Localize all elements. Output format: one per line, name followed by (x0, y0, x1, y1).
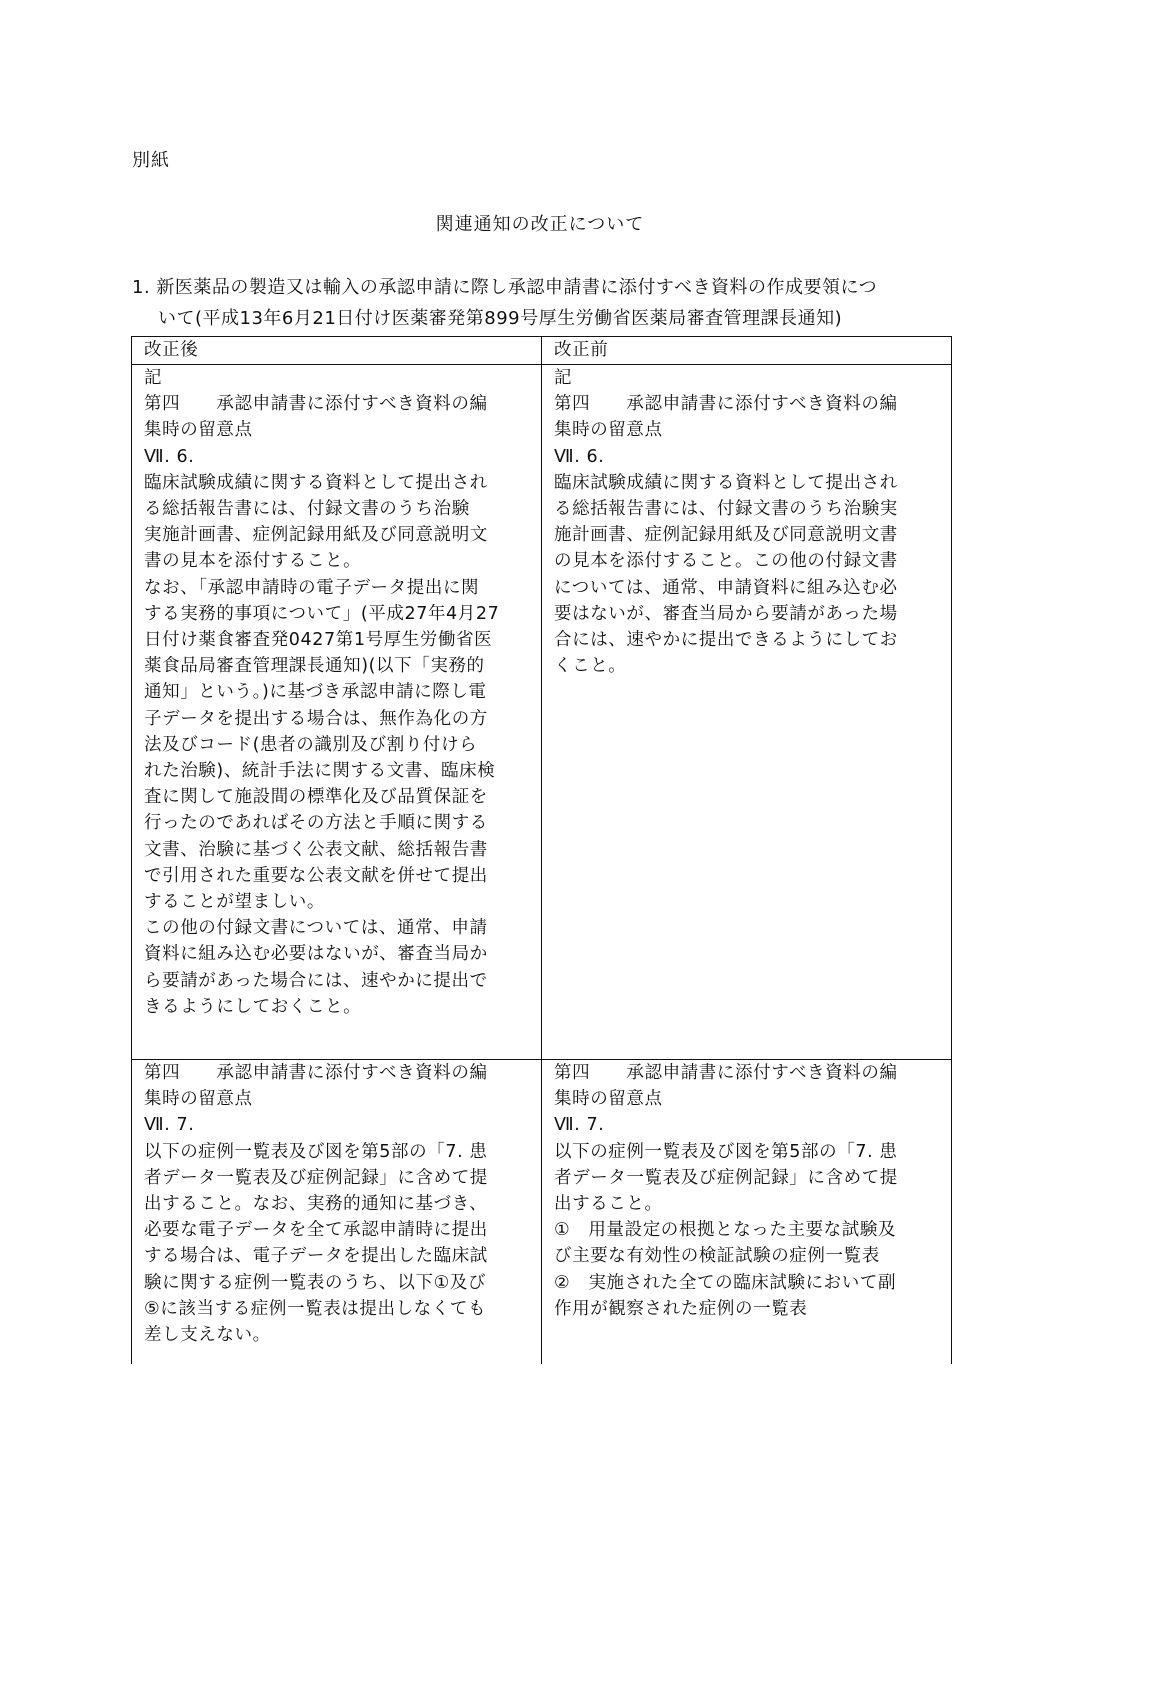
cell-text-line: することが望ましい。 (144, 889, 531, 915)
cell-before: 第四 承認申請書に添付すべき資料の編集時の留意点Ⅶ. 7.以下の症例一覧表及び図… (542, 1060, 952, 1365)
cell-text-line: 記 (554, 365, 941, 391)
cell-text-line: 以下の症例一覧表及び図を第5部の「7. 患 (144, 1139, 531, 1165)
cell-text-line: 文書、治験に基づく公表文献、総括報告書 (144, 837, 531, 863)
cell-after: 第四 承認申請書に添付すべき資料の編集時の留意点Ⅶ. 7.以下の症例一覧表及び図… (132, 1060, 542, 1365)
cell-text-line: ら要請があった場合には、速やかに提出で (144, 968, 531, 994)
section-heading-line: いて(平成13年6月21日付け医薬審発第899号厚生労働省医薬局審査管理課長通知… (132, 303, 962, 334)
cell-text-line: の見本を添付すること。この他の付録文書 (554, 548, 941, 574)
cell-text-line: については、通常、申請資料に組み込む必 (554, 575, 941, 601)
cell-text-line: で引用された重要な公表文献を併せて提出 (144, 863, 531, 889)
cell-text-line: Ⅶ. 7. (144, 1112, 531, 1138)
comparison-table: 改正後 改正前 記第四 承認申請書に添付すべき資料の編集時の留意点Ⅶ. 6.臨床… (131, 336, 952, 1364)
cell-text-line: 実施計画書、症例記録用紙及び同意説明文 (144, 522, 531, 548)
cell-before: 記第四 承認申請書に添付すべき資料の編集時の留意点Ⅶ. 6.臨床試験成績に関する… (542, 365, 952, 1060)
section-heading-line: 1. 新医薬品の製造又は輸入の承認申請に際し承認申請書に添付すべき資料の作成要領… (132, 272, 962, 303)
cell-text-line: 集時の留意点 (144, 417, 531, 443)
section-heading: 1. 新医薬品の製造又は輸入の承認申請に際し承認申請書に添付すべき資料の作成要領… (132, 272, 962, 334)
cell-text-line: 法及びコード(患者の識別及び割り付けら (144, 732, 531, 758)
cell-text-line: 差し支えない。 (144, 1322, 531, 1348)
appendix-label: 別紙 (132, 146, 170, 172)
cell-text-line: なお、「承認申請時の電子データ提出に関 (144, 575, 531, 601)
cell-text-line: 集時の留意点 (554, 1086, 941, 1112)
cell-text-line: Ⅶ. 6. (554, 444, 941, 470)
cell-text-line: 験に関する症例一覧表のうち、以下①及び (144, 1270, 531, 1296)
cell-text-line: ② 実施された全ての臨床試験において副 (554, 1270, 941, 1296)
cell-text-line: れた治験)、統計手法に関する文書、臨床検 (144, 758, 531, 784)
cell-text-line: 資料に組み込む必要はないが、審査当局か (144, 941, 531, 967)
cell-text-line: 者データ一覧表及び症例記録」に含めて提 (144, 1165, 531, 1191)
cell-text-line: 第四 承認申請書に添付すべき資料の編 (144, 1060, 531, 1086)
cell-text-line: 出すること。 (554, 1191, 941, 1217)
cell-text-line: する場合は、電子データを提出した臨床試 (144, 1243, 531, 1269)
header-before: 改正前 (542, 337, 952, 365)
cell-text-line: Ⅶ. 7. (554, 1112, 941, 1138)
cell-text-line: び主要な有効性の検証試験の症例一覧表 (554, 1243, 941, 1269)
cell-text-line: ① 用量設定の根拠となった主要な試験及 (554, 1217, 941, 1243)
cell-text-line: 第四 承認申請書に添付すべき資料の編 (554, 391, 941, 417)
cell-text-line: る総括報告書には、付録文書のうち治験 (144, 496, 531, 522)
cell-text-line: 施計画書、症例記録用紙及び同意説明文書 (554, 522, 941, 548)
cell-text-line: 以下の症例一覧表及び図を第5部の「7. 患 (554, 1139, 941, 1165)
cell-text-line: 集時の留意点 (554, 417, 941, 443)
document-title: 関連通知の改正について (0, 210, 1080, 236)
cell-text-line: 子データを提出する場合は、無作為化の方 (144, 706, 531, 732)
cell-text-line: 要はないが、審査当局から要請があった場 (554, 601, 941, 627)
cell-text-line: 薬食品局審査管理課長通知)(以下「実務的 (144, 653, 531, 679)
cell-text-line: 出すること。なお、実務的通知に基づき、 (144, 1191, 531, 1217)
cell-text-line: 日付け薬食審査発0427第1号厚生労働省医 (144, 627, 531, 653)
cell-text-line: する実務的事項について」(平成27年4月27 (144, 601, 531, 627)
header-after: 改正後 (132, 337, 542, 365)
cell-text-line: る総括報告書には、付録文書のうち治験実 (554, 496, 941, 522)
cell-text-line: くこと。 (554, 653, 941, 679)
table-row: 第四 承認申請書に添付すべき資料の編集時の留意点Ⅶ. 7.以下の症例一覧表及び図… (132, 1060, 952, 1365)
cell-text-line: 必要な電子データを全て承認申請時に提出 (144, 1217, 531, 1243)
cell-text-line: Ⅶ. 6. (144, 444, 531, 470)
cell-text-line: 査に関して施設間の標準化及び品質保証を (144, 784, 531, 810)
cell-text-line: この他の付録文書については、通常、申請 (144, 915, 531, 941)
table-header-row: 改正後 改正前 (132, 337, 952, 365)
cell-text-line: 集時の留意点 (144, 1086, 531, 1112)
cell-text-line: 者データ一覧表及び症例記録」に含めて提 (554, 1165, 941, 1191)
cell-text-line: 行ったのであればその方法と手順に関する (144, 810, 531, 836)
cell-text-line: 合には、速やかに提出できるようにしてお (554, 627, 941, 653)
cell-text-line: 臨床試験成績に関する資料として提出され (144, 470, 531, 496)
cell-text-line: 第四 承認申請書に添付すべき資料の編 (554, 1060, 941, 1086)
cell-text-line: 通知」という。)に基づき承認申請に際し電 (144, 679, 531, 705)
cell-text-line: 書の見本を添付すること。 (144, 548, 531, 574)
cell-text-line: ⑤に該当する症例一覧表は提出しなくても (144, 1296, 531, 1322)
cell-text-line: 臨床試験成績に関する資料として提出され (554, 470, 941, 496)
cell-after: 記第四 承認申請書に添付すべき資料の編集時の留意点Ⅶ. 6.臨床試験成績に関する… (132, 365, 542, 1060)
cell-text-line: きるようにしておくこと。 (144, 994, 531, 1020)
cell-text-line: 第四 承認申請書に添付すべき資料の編 (144, 391, 531, 417)
cell-text-line: 記 (144, 365, 531, 391)
table-row: 記第四 承認申請書に添付すべき資料の編集時の留意点Ⅶ. 6.臨床試験成績に関する… (132, 365, 952, 1060)
cell-text-line: 作用が観察された症例の一覧表 (554, 1296, 941, 1322)
